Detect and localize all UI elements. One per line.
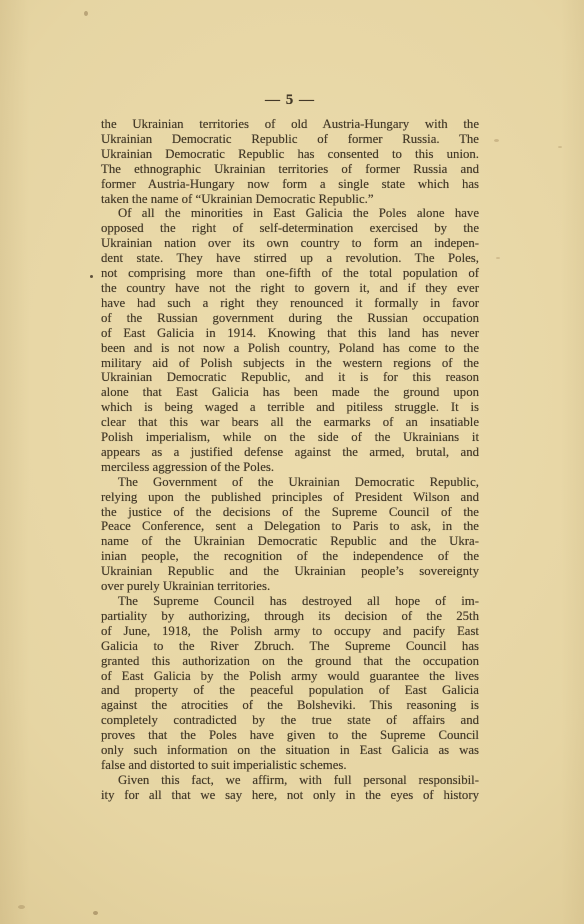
text-line: clear that this war bears all the earmar… [101,415,479,430]
page-number: — 5 — [101,92,479,109]
text-line: not comprising more than one-fifth of th… [101,266,479,281]
text-line: relying upon the published principles of… [101,490,479,505]
text-line: false and distorted to suit imperialisti… [101,758,479,773]
text-line: of June, 1918, the Polish army to occupy… [101,624,479,639]
text-line: the Ukrainian territories of old Austria… [101,117,479,132]
text-line: ity for all that we say here, not only i… [101,788,479,803]
text-line: over purely Ukrainian territories. [101,579,479,594]
text-line: of East Galicia by the Polish army would… [101,669,479,684]
text-line: Polish imperialism, while on the side of… [101,430,479,445]
text-line: the justice of the decisions of the Supr… [101,505,479,520]
text-line: only such information on the situation i… [101,743,479,758]
text-line: proves that the Poles have given to the … [101,728,479,743]
text-line: The Government of the Ukrainian Democrat… [101,475,479,490]
text-line: Ukrainian Republic and the Ukrainian peo… [101,564,479,579]
text-line: alone that East Galicia has been made th… [101,385,479,400]
text-line: against the atrocities of the Bolsheviki… [101,698,479,713]
text-line: which is being waged a terrible and piti… [101,400,479,415]
text-line: completely contradicted by the true stat… [101,713,479,728]
text-line: The ethnographic Ukrainian territories o… [101,162,479,177]
text-line: granted this authorization on the ground… [101,654,479,669]
text-line: Galicia to the River Zbruch. The Supreme… [101,639,479,654]
scan-speck-top-left [84,11,88,16]
text-line: merciless aggression of the Poles. [101,460,479,475]
text-line: Ukrainian nation over its own country to… [101,236,479,251]
text-line: dent state. They have stirred up a revol… [101,251,479,266]
scan-speck-bottom-1 [18,905,25,909]
text-line: Ukrainian Democratic Republic has consen… [101,147,479,162]
scan-speck-right-2 [558,146,562,148]
document-page: — 5 — the Ukrainian territories of old A… [0,0,584,924]
scan-speck-right-3 [496,257,500,259]
text-line: Of all the minorities in East Galicia th… [101,206,479,221]
text-line: taken the name of “Ukrainian Democratic … [101,192,479,207]
text-line: appears as a justified defense against t… [101,445,479,460]
text-line: of the Russian government during the Rus… [101,311,479,326]
scan-speck-margin-dot [90,275,93,278]
text-line: the country have not the right to govern… [101,281,479,296]
text-line: Peace Conference, sent a Delegation to P… [101,519,479,534]
text-line: former Austria-Hungary now form a single… [101,177,479,192]
text-line: The Supreme Council has destroyed all ho… [101,594,479,609]
scan-speck-bottom-2 [93,911,98,915]
text-line: of East Galicia in 1914. Knowing that th… [101,326,479,341]
text-line: and property of the peaceful population … [101,683,479,698]
text-line: military aid of Polish subjects in the w… [101,356,479,371]
text-line: opposed the right of self-determination … [101,221,479,236]
text-line: name of the Ukrainian Democratic Republi… [101,534,479,549]
text-line: partiality by authorizing, through its d… [101,609,479,624]
text-column: the Ukrainian territories of old Austria… [101,117,479,803]
text-line: been and is not now a Polish country, Po… [101,341,479,356]
text-line: inian people, the recognition of the ind… [101,549,479,564]
text-line: Given this fact, we affirm, with full pe… [101,773,479,788]
text-line: Ukrainian Democratic Republic of former … [101,132,479,147]
scan-speck-right-1 [494,139,499,142]
text-line: Ukrainian Democratic Republic, and it is… [101,370,479,385]
text-line: have had such a right they renounced it … [101,296,479,311]
